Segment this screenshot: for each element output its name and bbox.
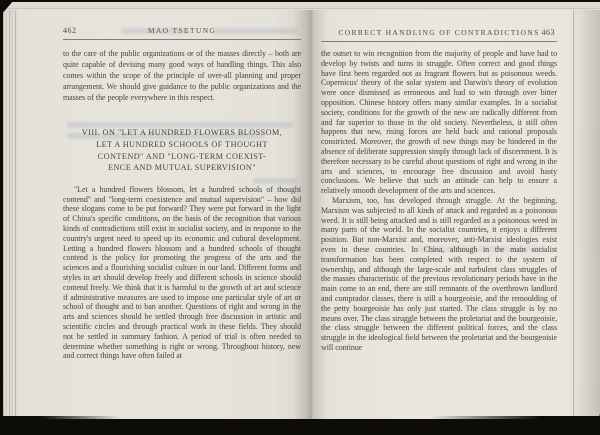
chapter-heading-line: ENCE AND MUTUAL SUPERVISION": [63, 162, 301, 174]
page-stack-edge: [3, 2, 17, 419]
book-top-edge: [0, 0, 600, 10]
right-page-header: CORRECT HANDLING OF CONTRADICTIONS 463: [321, 28, 557, 39]
left-page: 462 MAO TSETUNG to the care of the publi…: [63, 26, 301, 361]
chapter-heading-line: CONTEND" AND "LONG-TERM COEXIST-: [63, 151, 301, 163]
left-page-number: 462: [63, 26, 77, 35]
left-header-rule: [63, 39, 301, 40]
open-book-spread: 462 MAO TSETUNG to the care of the publi…: [3, 2, 600, 419]
right-paragraph-first: the outset to win recognition from the m…: [321, 49, 557, 196]
left-paragraph-main: "Let a hundred flowers blossom, let a hu…: [63, 185, 301, 361]
right-header-rule: [321, 41, 557, 42]
right-page-fore-edge: [573, 2, 600, 419]
left-paragraph-continuation: to the care of the public organizations …: [63, 48, 301, 103]
chapter-heading: VIII. ON "LET A HUNDRED FLOWERS BLOSSOM,…: [63, 127, 301, 173]
right-paragraph-second: Marxism, too, has developed through stru…: [321, 196, 557, 353]
right-page: CORRECT HANDLING OF CONTRADICTIONS 463 t…: [321, 28, 557, 353]
ink-show-through: [215, 28, 297, 34]
book-photo: 462 MAO TSETUNG to the care of the publi…: [0, 0, 600, 435]
ink-show-through: [121, 28, 189, 34]
ink-show-through: [253, 178, 297, 184]
table-surface: [0, 419, 600, 435]
right-page-number: 463: [542, 28, 556, 37]
chapter-heading-line: LET A HUNDRED SCHOOLS OF THOUGHT: [63, 139, 301, 151]
chapter-heading-line: VIII. ON "LET A HUNDRED FLOWERS BLOSSOM,: [63, 127, 301, 139]
right-running-head: CORRECT HANDLING OF CONTRADICTIONS: [321, 28, 557, 37]
